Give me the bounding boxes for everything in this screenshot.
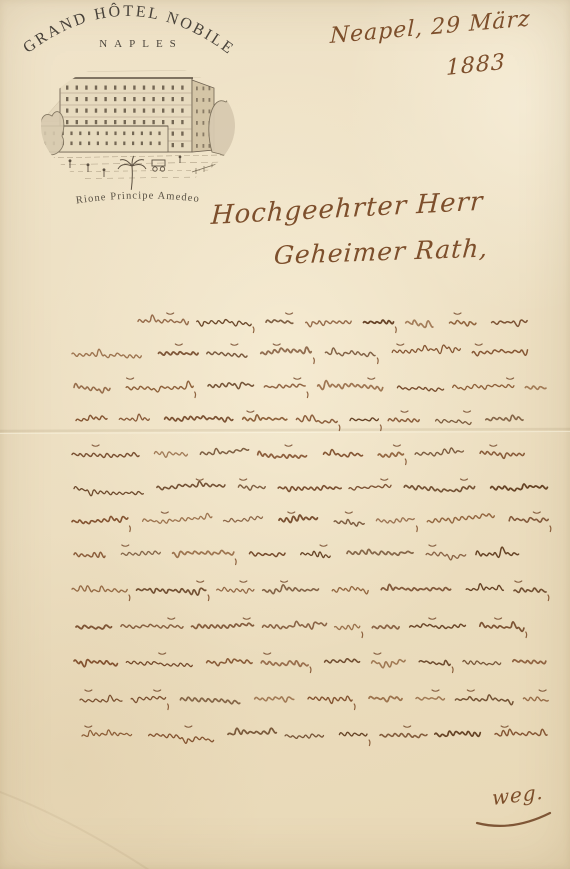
handwriting-stroke: [143, 513, 212, 523]
handwriting-comma: [362, 632, 363, 638]
handwriting-stroke: [263, 621, 327, 629]
handwriting-stroke: [472, 350, 527, 356]
window-dot: [162, 97, 164, 101]
handwriting-comma: [235, 559, 236, 565]
palm-tree: [118, 156, 146, 192]
handwriting-stroke: [466, 584, 503, 591]
handwriting-stroke: [228, 728, 276, 734]
handwriting-stroke: [200, 448, 248, 454]
handwriting-stroke: [197, 320, 251, 327]
window-dot: [88, 142, 90, 146]
window-dot: [106, 132, 108, 136]
handwriting-comma: [354, 704, 355, 710]
trees-left: [39, 112, 64, 155]
handwriting-comma: [417, 526, 418, 532]
handwriting-stroke: [426, 552, 466, 560]
window-dot: [209, 87, 211, 91]
handwriting-stroke: [376, 518, 414, 523]
handwriting-stroke: [335, 624, 360, 629]
handwriting-stroke: [436, 419, 472, 424]
window-dot: [196, 98, 198, 102]
handwriting-stroke: [154, 452, 187, 458]
handwriting-diacritic: [533, 512, 540, 513]
handwriting-stroke: [308, 696, 352, 703]
handwriting-stroke: [74, 552, 105, 557]
handwriting-comma: [130, 526, 131, 532]
window-dot: [123, 132, 125, 136]
window-dot: [76, 86, 78, 90]
handwriting-stroke: [325, 659, 360, 663]
handwriting-diacritic: [539, 690, 546, 691]
handwriting-diacritic: [401, 411, 408, 412]
window-dot: [143, 97, 145, 101]
handwriting-stroke: [138, 315, 188, 325]
window-dot: [95, 120, 97, 124]
letter-artwork: GRAND HÔTEL NOBILE NAPLES Rione Principe…: [0, 0, 570, 869]
handwriting-stroke: [76, 415, 107, 421]
handwriting-comma: [395, 327, 396, 333]
handwriting-stroke: [208, 382, 254, 388]
handwriting-stroke: [258, 451, 307, 458]
handwriting-stroke: [250, 552, 286, 557]
handwriting-stroke: [369, 696, 402, 701]
handwriting-stroke: [74, 660, 117, 667]
handwriting-diacritic: [185, 726, 192, 727]
handwriting-stroke: [224, 516, 263, 522]
handwriting-stroke: [74, 487, 143, 496]
window-dot: [162, 120, 164, 124]
handwriting-stroke: [72, 349, 141, 358]
handwriting-stroke: [121, 624, 183, 628]
window-dot: [209, 110, 211, 114]
trees-right: [209, 97, 241, 155]
window-dot: [85, 97, 87, 101]
handwriting-comma: [548, 595, 549, 601]
window-dot: [181, 132, 183, 136]
handwriting-diacritic: [85, 690, 92, 691]
handwriting-diacritic: [197, 581, 204, 582]
handwriting-stroke: [450, 321, 476, 326]
window-dot: [106, 142, 108, 146]
window-dot: [196, 87, 198, 91]
window-dot: [76, 120, 78, 124]
window-dot: [114, 109, 116, 113]
handwriting-stroke: [192, 623, 254, 628]
handwriting-stroke: [72, 453, 139, 458]
window-dot: [66, 109, 68, 113]
handwriting-stroke: [410, 624, 466, 629]
handwriting-comma: [195, 392, 196, 398]
handwriting-diacritic: [345, 512, 352, 513]
window-dot: [152, 86, 154, 90]
handwriting-stroke: [453, 384, 514, 389]
window-dot: [66, 86, 68, 90]
window-dot: [104, 97, 106, 101]
window-dot: [203, 110, 205, 114]
handwriting-stroke: [126, 381, 193, 392]
handwriting-diacritic: [368, 378, 375, 379]
window-dot: [152, 120, 154, 124]
handwriting-stroke: [419, 660, 450, 665]
handwriting-stroke: [514, 588, 546, 592]
window-dot: [114, 132, 116, 136]
handwriting-stroke: [264, 384, 305, 388]
window-dot: [181, 97, 183, 101]
handwriting-stroke: [523, 697, 548, 701]
window-dot: [97, 142, 99, 146]
handwriting-stroke: [476, 547, 519, 557]
handwriting-stroke: [261, 347, 311, 354]
handwriting-diacritic: [495, 618, 502, 619]
window-dot: [114, 120, 116, 124]
handwriting-stroke: [137, 588, 206, 595]
handwriting-stroke: [415, 448, 463, 456]
handwriting-stroke: [463, 660, 501, 664]
window-dot: [172, 97, 174, 101]
handwriting-stroke: [149, 734, 214, 744]
handwriting-stroke: [486, 415, 523, 421]
handwriting-stroke: [72, 516, 128, 523]
handwriting-diacritic: [381, 479, 388, 480]
handwriting-stroke: [72, 586, 127, 592]
window-dot: [172, 120, 174, 124]
corner-crease: [0, 790, 152, 869]
window-dot: [209, 98, 211, 102]
handwriting-diacritic: [429, 618, 436, 619]
handwriting-diacritic: [397, 344, 404, 345]
handwriting-stroke: [495, 729, 547, 736]
handwriting-diacritic: [92, 445, 99, 446]
window-dot: [141, 132, 143, 136]
handwriting-comma: [307, 392, 308, 398]
window-dot: [88, 132, 90, 136]
handwriting-stroke: [126, 661, 192, 666]
handwriting-stroke: [349, 485, 391, 490]
handwriting-stroke: [455, 695, 513, 705]
handwriting-stroke: [347, 549, 413, 555]
window-dot: [95, 86, 97, 90]
lawn-hatching: [36, 155, 226, 179]
handwriting-diacritic: [454, 313, 461, 314]
handwritten-body: [72, 313, 551, 746]
handwriting-stroke: [255, 697, 294, 702]
window-dot: [124, 109, 126, 113]
window-dot: [150, 142, 152, 146]
window-dot: [196, 110, 198, 114]
handwriting-comma: [253, 327, 254, 333]
window-dot: [133, 120, 135, 124]
handwriting-diacritic: [507, 378, 514, 379]
handwriting-comma: [129, 595, 130, 601]
window-dot: [104, 86, 106, 90]
handwriting-comma: [208, 595, 209, 601]
window-dot: [181, 143, 183, 147]
handwriting-stroke: [157, 481, 225, 489]
window-dot: [162, 109, 164, 113]
window-dot: [70, 142, 72, 146]
handwriting-stroke: [334, 520, 364, 527]
handwriting-stroke: [513, 660, 546, 664]
window-dot: [133, 97, 135, 101]
handwriting-stroke: [372, 660, 406, 668]
handwriting-stroke: [492, 320, 527, 326]
handwriting-comma: [339, 425, 340, 431]
handwriting-diacritic: [393, 445, 400, 446]
window-dot: [123, 142, 125, 146]
window-dot: [141, 142, 143, 146]
handwriting-stroke: [131, 697, 165, 703]
handwriting-stroke: [121, 551, 160, 555]
handwriting-stroke: [296, 415, 337, 423]
window-dot: [143, 86, 145, 90]
handwriting-stroke: [364, 320, 394, 324]
handwriting-comma: [550, 526, 551, 532]
handwriting-diacritic: [159, 653, 166, 654]
window-dot: [158, 132, 160, 136]
window-dot: [79, 132, 81, 136]
window-dot: [172, 143, 174, 147]
handwriting-comma: [168, 704, 169, 710]
window-dot: [114, 142, 116, 146]
window-dot: [85, 86, 87, 90]
handwriting-stroke: [416, 697, 444, 700]
handwriting-diacritic: [501, 726, 508, 727]
handwriting-stroke: [243, 415, 287, 421]
handwriting-stroke: [324, 450, 363, 457]
handwriting-stroke: [509, 517, 548, 523]
window-dot: [66, 120, 68, 124]
handwriting-stroke: [74, 384, 110, 393]
handwriting-stroke: [173, 550, 234, 557]
window-dot: [76, 97, 78, 101]
handwriting-diacritic: [243, 618, 250, 619]
window-dot: [203, 144, 205, 148]
handwriting-diacritic: [320, 545, 327, 546]
handwriting-stroke: [397, 386, 443, 391]
handwriting-stroke: [119, 414, 149, 421]
handwriting-stroke: [381, 584, 450, 590]
handwriting-stroke: [306, 321, 352, 327]
handwriting-stroke: [378, 452, 403, 457]
handwriting-stroke: [339, 732, 367, 736]
handwriting-stroke: [350, 418, 378, 421]
handwriting-stroke: [332, 587, 368, 594]
handwriting-stroke: [261, 661, 308, 667]
handwriting-comma: [380, 425, 381, 431]
window-dot: [104, 109, 106, 113]
window-dot: [203, 133, 205, 137]
handwriting-diacritic: [122, 545, 129, 546]
window-dot: [97, 132, 99, 136]
window-dot: [76, 109, 78, 113]
handwriting-stroke: [301, 551, 330, 557]
window-dot: [152, 109, 154, 113]
handwriting-diacritic: [154, 690, 161, 691]
window-dot: [124, 86, 126, 90]
window-dot: [143, 109, 145, 113]
handwriting-stroke: [165, 416, 233, 422]
window-dot: [85, 109, 87, 113]
handwriting-diacritic: [273, 344, 280, 345]
window-dot: [70, 132, 72, 136]
letterhead-city: NAPLES: [99, 38, 183, 50]
handwriting-stroke: [217, 587, 254, 593]
window-dot: [114, 97, 116, 101]
handwriting-diacritic: [196, 479, 203, 480]
handwriting-stroke: [380, 734, 427, 738]
handwriting-diacritic: [288, 512, 295, 513]
handwriting-stroke: [525, 386, 546, 389]
window-dot: [124, 120, 126, 124]
handwriting-stroke: [491, 484, 548, 491]
handwriting-stroke: [76, 625, 111, 629]
window-dot: [181, 109, 183, 113]
window-dot: [66, 97, 68, 101]
window-dot: [85, 120, 87, 124]
handwriting-stroke: [159, 352, 199, 355]
window-dot: [172, 132, 174, 136]
handwriting-stroke: [372, 625, 399, 629]
handwriting-stroke: [266, 320, 293, 324]
handwriting-diacritic: [240, 581, 247, 582]
handwriting-stroke: [480, 622, 524, 631]
window-dot: [124, 97, 126, 101]
handwriting-diacritic: [374, 653, 381, 654]
handwriting-stroke: [180, 697, 239, 703]
window-dot: [203, 98, 205, 102]
window-dot: [196, 133, 198, 137]
handwriting-stroke: [279, 515, 317, 522]
window-dot: [133, 109, 135, 113]
handwriting-diacritic: [127, 378, 134, 379]
handwriting-stroke: [406, 320, 433, 327]
handwriting-diacritic: [281, 581, 288, 582]
handwriting-stroke: [435, 731, 481, 736]
catchword-flourish: [477, 813, 550, 826]
window-dot: [162, 86, 164, 90]
handwriting-stroke: [80, 695, 122, 702]
handwriting-diacritic: [429, 545, 436, 546]
handwriting-diacritic: [404, 726, 411, 727]
letterhead-address-text: Rione Principe Amedeo: [75, 190, 200, 206]
handwriting-diacritic: [285, 445, 292, 446]
window-dot: [181, 120, 183, 124]
window-dot: [95, 97, 97, 101]
handwriting-diacritic: [467, 690, 474, 691]
handwriting-stroke: [318, 381, 383, 391]
handwriting-diacritic: [168, 618, 175, 619]
handwriting-diacritic: [475, 344, 482, 345]
window-dot: [172, 86, 174, 90]
handwriting-comma: [314, 358, 315, 364]
carriage: [152, 160, 165, 171]
handwriting-stroke: [207, 352, 247, 357]
fence: [192, 161, 226, 174]
window-dot: [79, 142, 81, 146]
window-dot: [196, 144, 198, 148]
window-dot: [203, 121, 205, 125]
handwriting-diacritic: [247, 411, 254, 412]
handwriting-comma: [310, 667, 311, 673]
handwriting-diacritic: [461, 479, 468, 480]
handwriting-diacritic: [167, 313, 174, 314]
handwriting-stroke: [278, 486, 341, 492]
handwriting-diacritic: [464, 411, 471, 412]
window-dot: [132, 132, 134, 136]
window-dot: [114, 86, 116, 90]
window-dot: [152, 97, 154, 101]
handwriting-stroke: [238, 485, 265, 490]
handwriting-diacritic: [432, 690, 439, 691]
letterhead-address-arc: Rione Principe Amedeo: [75, 190, 200, 206]
handwriting-diacritic: [264, 653, 271, 654]
handwriting-stroke: [207, 659, 253, 666]
handwriting-stroke: [263, 585, 319, 594]
window-dot: [181, 86, 183, 90]
handwriting-diacritic: [85, 726, 92, 727]
handwriting-stroke: [480, 451, 524, 458]
handwriting-stroke: [325, 348, 375, 357]
handwriting-comma: [369, 740, 370, 746]
window-dot: [95, 109, 97, 113]
window-dot: [203, 87, 205, 91]
handwriting-diacritic: [294, 378, 301, 379]
window-dot: [104, 120, 106, 124]
window-dot: [150, 132, 152, 136]
handwriting-comma: [377, 358, 378, 364]
fold-crease: [0, 429, 570, 431]
handwriting-diacritic: [490, 445, 497, 446]
window-dot: [133, 86, 135, 90]
handwriting-diacritic: [240, 479, 247, 480]
window-dot: [172, 109, 174, 113]
window-dot: [143, 120, 145, 124]
handwriting-stroke: [82, 730, 132, 737]
handwriting-stroke: [285, 734, 323, 738]
handwriting-stroke: [388, 418, 419, 422]
handwriting-comma: [405, 459, 406, 465]
letter-page: GRAND HÔTEL NOBILE NAPLES Rione Principe…: [0, 0, 570, 869]
handwriting-diacritic: [515, 581, 522, 582]
handwriting-diacritic: [286, 313, 293, 314]
handwriting-diacritic: [161, 512, 168, 513]
handwriting-comma: [452, 667, 453, 673]
handwriting-stroke: [392, 345, 460, 354]
hotel-engraving: [36, 70, 241, 192]
window-dot: [132, 142, 134, 146]
window-dot: [196, 121, 198, 125]
handwriting-diacritic: [231, 344, 238, 345]
handwriting-stroke: [404, 485, 474, 491]
handwriting-diacritic: [175, 344, 182, 345]
handwriting-comma: [526, 632, 527, 638]
window-dot: [158, 142, 160, 146]
handwriting-stroke: [427, 514, 494, 523]
